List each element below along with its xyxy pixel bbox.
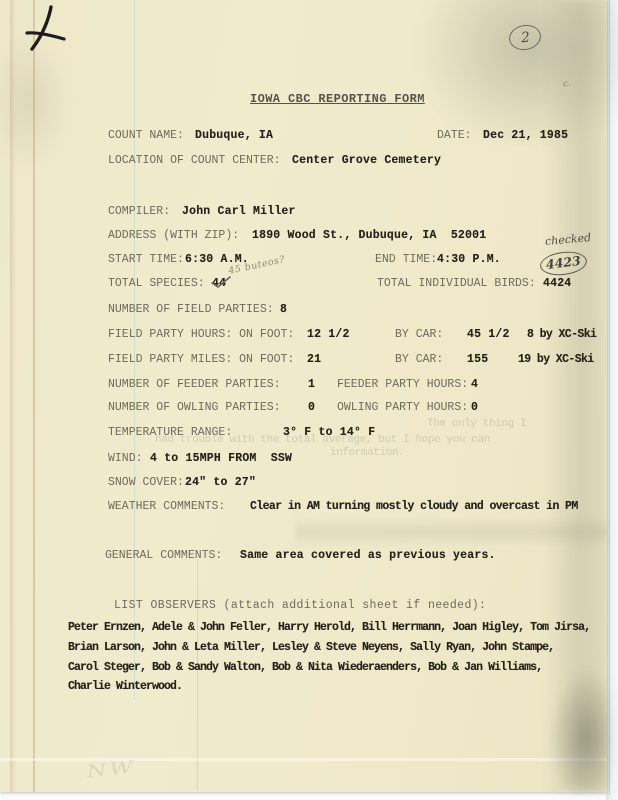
pencil-scribble: NW xyxy=(86,757,137,782)
scan-artifact-line xyxy=(134,0,135,700)
observers-line: Charlie Winterwood. xyxy=(68,680,182,693)
vertical-fold-line xyxy=(33,0,35,792)
party-miles-foot-value: 21 xyxy=(307,353,321,366)
snow-cover-label: SNOW COVER: xyxy=(108,476,184,489)
scanner-background xyxy=(606,0,618,800)
feeder-hours-value: 4 xyxy=(471,378,478,391)
feeder-hours-label: FEEDER PARTY HOURS: xyxy=(337,378,468,391)
compiler-value: John Carl Miller xyxy=(182,205,296,218)
party-miles-car-value: 155 xyxy=(467,353,488,366)
party-miles-label: FIELD PARTY MILES: ON FOOT: xyxy=(108,353,294,366)
feeder-parties-value: 1 xyxy=(308,378,315,391)
field-parties-label: NUMBER OF FIELD PARTIES: xyxy=(108,303,274,316)
end-time-value: 4:30 P.M. xyxy=(437,253,501,266)
party-miles-xc-value: 19 by XC-Ski xyxy=(518,353,594,366)
page-number-annotation: 2 xyxy=(507,22,543,52)
party-miles-car-label: BY CAR: xyxy=(395,353,443,366)
party-hours-car-value: 45 1/2 xyxy=(467,328,510,341)
smudge xyxy=(545,0,607,792)
smudge xyxy=(552,672,610,792)
total-species-label: TOTAL SPECIES: xyxy=(108,277,205,290)
observers-heading: LIST OBSERVERS (attach additional sheet … xyxy=(114,599,486,612)
general-comments-value: Same area covered as previous years. xyxy=(240,549,496,562)
corrected-total-annotation: 4423 xyxy=(539,249,588,278)
bleed-through-text: had trouble with the total average, but … xyxy=(155,434,490,446)
checked-pencil-note: checked xyxy=(545,231,592,248)
address-label: ADDRESS (WITH ZIP): xyxy=(108,229,239,242)
observers-line: Peter Ernzen, Adele & John Feller, Harry… xyxy=(68,621,590,634)
corrected-total-value: 4423 xyxy=(545,253,581,272)
count-name-label: COUNT NAME: xyxy=(108,129,184,142)
form-title: IOWA CBC REPORTING FORM xyxy=(250,92,425,106)
party-hours-xc-value: 8 by XC-Ski xyxy=(527,328,596,341)
cbc-reporting-form-paper: 2 c. IOWA CBC REPORTING FORM COUNT NAME:… xyxy=(0,0,607,792)
bleed-through-text: information. xyxy=(330,447,404,459)
owling-parties-value: 0 xyxy=(308,401,315,414)
smudge xyxy=(415,0,618,150)
address-value: 1890 Wood St., Dubuque, IA 52001 xyxy=(252,229,486,242)
party-hours-label: FIELD PARTY HOURS: ON FOOT: xyxy=(108,328,294,341)
weather-comments-value: Clear in AM turning mostly cloudy and ov… xyxy=(250,500,578,513)
observers-line: Carol Steger, Bob & Sandy Walton, Bob & … xyxy=(68,661,542,674)
owling-hours-value: 0 xyxy=(471,401,478,414)
location-label: LOCATION OF COUNT CENTER: xyxy=(108,154,281,167)
general-comments-label: GENERAL COMMENTS: xyxy=(105,549,222,562)
page-number: 2 xyxy=(520,29,531,46)
end-time-label: END TIME: xyxy=(375,253,437,266)
feeder-parties-label: NUMBER OF FEEDER PARTIES: xyxy=(108,378,281,391)
owling-parties-label: NUMBER OF OWLING PARTIES: xyxy=(108,401,281,414)
left-edge-crease xyxy=(10,0,16,792)
paper-edge-shadow xyxy=(609,0,610,795)
date-value: Dec 21, 1985 xyxy=(483,129,568,142)
start-time-label: START TIME: xyxy=(108,253,184,266)
scanned-page: 2 c. IOWA CBC REPORTING FORM COUNT NAME:… xyxy=(0,0,618,800)
owling-hours-label: OWLING PARTY HOURS: xyxy=(337,401,468,414)
smudge xyxy=(295,516,607,548)
horizontal-fold-line xyxy=(0,758,607,761)
field-parties-value: 8 xyxy=(280,303,287,316)
total-birds-label: TOTAL INDIVIDUAL BIRDS: xyxy=(377,277,536,290)
location-value: Center Grove Cemetery xyxy=(292,154,441,167)
snow-cover-value: 24" to 27" xyxy=(185,476,256,489)
total-birds-value: 4424 xyxy=(543,277,571,290)
wind-label: WIND: xyxy=(108,452,143,465)
wind-value: 4 to 15MPH FROM SSW xyxy=(150,452,292,465)
compiler-label: COMPILER: xyxy=(108,205,170,218)
weather-comments-label: WEATHER COMMENTS: xyxy=(108,500,225,513)
count-name-value: Dubuque, IA xyxy=(195,129,273,142)
bleed-through-text: The only thing I xyxy=(427,418,526,430)
observers-line: Brian Larson, John & Leta Miller, Lesley… xyxy=(68,641,554,654)
date-label: DATE: xyxy=(437,129,472,142)
party-hours-car-label: BY CAR: xyxy=(395,328,443,341)
pen-x-mark xyxy=(12,2,70,56)
pencil-mark: c. xyxy=(562,78,572,89)
party-hours-foot-value: 12 1/2 xyxy=(307,328,350,341)
scan-artifact-line xyxy=(197,560,198,790)
